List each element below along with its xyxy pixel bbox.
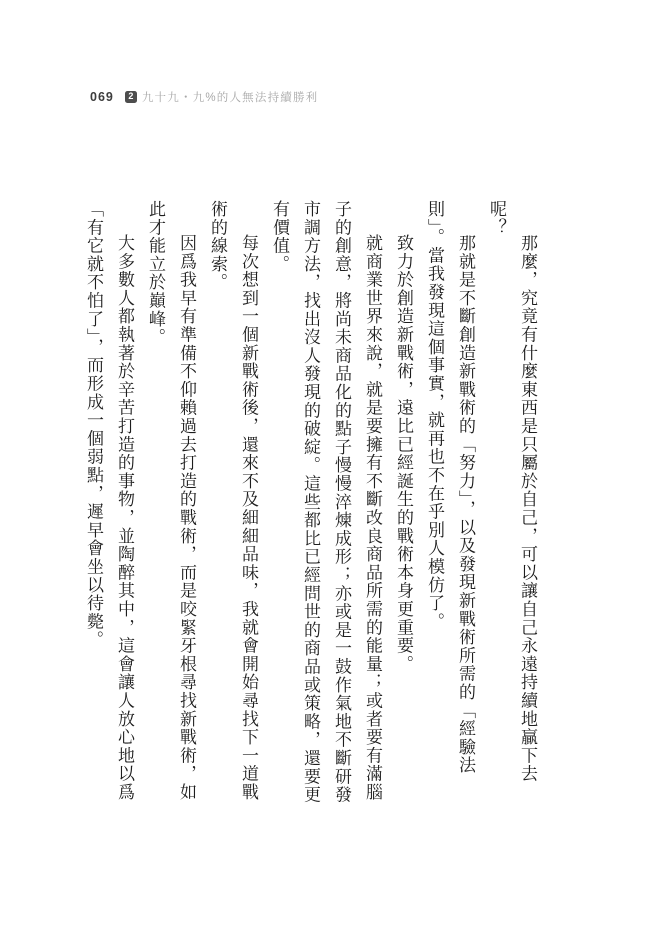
page-header: 069 2 九十九・九%的人無法持續勝利 (90, 89, 318, 104)
paragraph: 因爲我早有準備不仰賴過去打造的戰術，而是咬緊牙根尋找新戰術，如此才能立於巔峰。 (140, 200, 202, 807)
paragraph: 大多數人都執著於辛苦打造的事物，並陶醉其中，這會讓人放心地以爲「有它就不怕了」，… (78, 200, 140, 807)
paragraph: 那就是不斷創造新戰術的「努力」，以及發現新戰術所需的「經驗法則」。當我發現這個事… (419, 200, 481, 807)
body-text: 那麼，究竟有什麼東西是只屬於自己，可以讓自己永遠持續地贏下去呢？ 那就是不斷創造… (78, 200, 543, 807)
book-page: 069 2 九十九・九%的人無法持續勝利 那麼，究竟有什麼東西是只屬於自己，可以… (0, 0, 663, 932)
paragraph: 就商業世界來說，就是要擁有不斷改良商品所需的能量；或者要有滿腦子的創意，將尚未商… (264, 200, 388, 807)
paragraph: 致力於創造新戰術，遠比已經誕生的戰術本身更重要。 (388, 200, 419, 807)
chapter-number-badge: 2 (125, 91, 137, 103)
paragraph: 每次想到一個新戰術後，還來不及細細品味，我就會開始尋找下一道戰術的線索。 (202, 200, 264, 807)
paragraph: 那麼，究竟有什麼東西是只屬於自己，可以讓自己永遠持續地贏下去呢？ (481, 200, 543, 807)
chapter-title: 九十九・九%的人無法持續勝利 (142, 89, 319, 105)
page-number: 069 (90, 90, 114, 104)
